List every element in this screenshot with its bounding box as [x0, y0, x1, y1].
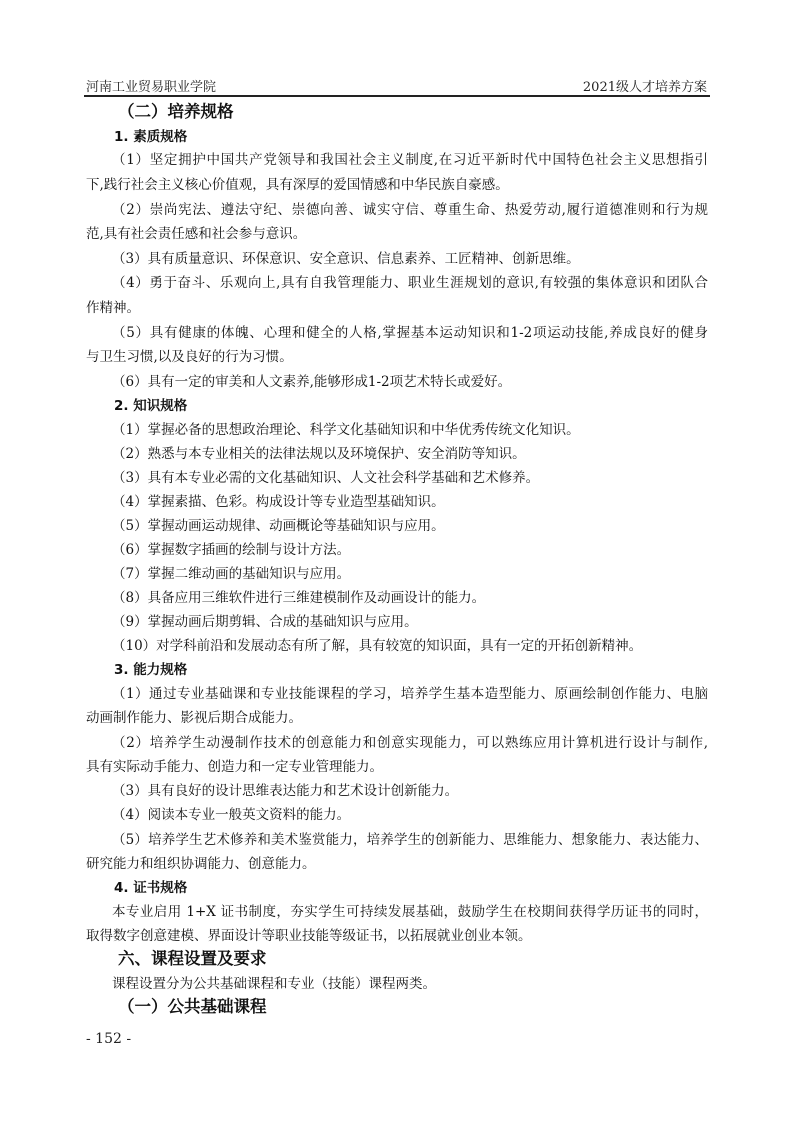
- subsection-title-quality: 1. 素质规格: [114, 128, 187, 146]
- ability-item-1-line-1: （1）通过专业基础课和专业技能课程的学习，培养学生基本造型能力、原画绘制创作能力…: [112, 685, 708, 703]
- quality-item-4-line-1: （4）勇于奋斗、乐观向上,具有自我管理能力、职业生涯规划的意识,有较强的集体意识…: [112, 274, 708, 292]
- subsection-title-knowledge: 2. 知识规格: [114, 397, 187, 415]
- ability-item-5-line-2: 研究能力和组织协调能力、创意能力。: [86, 855, 316, 873]
- ability-item-5-line-1: （5）培养学生艺术修养和美术鉴赏能力，培养学生的创新能力、思维能力、想象能力、表…: [112, 831, 708, 849]
- knowledge-item-7: （7）掌握二维动画的基础知识与应用。: [112, 565, 350, 583]
- ability-item-2-line-2: 具有实际动手能力、创造力和一定专业管理能力。: [86, 758, 383, 776]
- quality-item-5-line-2: 与卫生习惯,以及良好的行为习惯。: [86, 348, 293, 366]
- quality-item-2-line-2: 范,具有社会责任感和社会参与意识。: [86, 225, 306, 243]
- ability-item-1-line-2: 动画制作能力、影视后期合成能力。: [86, 709, 302, 727]
- subsection-title-certificate: 4. 证书规格: [114, 879, 187, 897]
- subsection-title-ability: 3. 能力规格: [114, 661, 187, 679]
- quality-item-2-line-1: （2）崇尚宪法、遵法守纪、崇德向善、诚实守信、尊重生命、热爱劳动,履行道德准则和…: [112, 201, 708, 219]
- header-institution: 河南工业贸易职业学院: [86, 76, 216, 95]
- knowledge-item-6: （6）掌握数字插画的绘制与设计方法。: [112, 541, 350, 559]
- header-rule: [84, 95, 710, 97]
- section-title: （二）培养规格: [118, 103, 234, 121]
- knowledge-item-3: （3）具有本专业必需的文化基础知识、人文社会科学基础和艺术修养。: [112, 469, 539, 487]
- quality-item-6: （6）具有一定的审美和人文素养,能够形成1-2项艺术特长或爱好。: [112, 373, 511, 391]
- quality-item-3: （3）具有质量意识、环保意识、安全意识、信息素养、工匠精神、创新思维。: [112, 250, 580, 268]
- ability-item-3: （3）具有良好的设计思维表达能力和艺术设计创新能力。: [112, 782, 458, 800]
- knowledge-item-5: （5）掌握动画运动规律、动画概论等基础知识与应用。: [112, 517, 445, 535]
- knowledge-item-2: （2）熟悉与本专业相关的法律法规以及环境保护、安全消防等知识。: [112, 445, 526, 463]
- page-number: - 152 -: [86, 1031, 131, 1047]
- certificate-line-1: 本专业启用 1+X 证书制度，夯实学生可持续发展基础，鼓励学生在校期间获得学历证…: [112, 903, 708, 921]
- knowledge-item-9: （9）掌握动画后期剪辑、合成的基础知识与应用。: [112, 613, 418, 631]
- quality-item-4-line-2: 作精神。: [86, 299, 140, 317]
- subsection-title-public-courses: （一）公共基础课程: [118, 998, 267, 1016]
- quality-item-5-line-1: （5）具有健康的体魄、心理和健全的人格,掌握基本运动知识和1-2项运动技能,养成…: [112, 324, 708, 342]
- ability-item-2-line-1: （2）培养学生动漫制作技术的创意能力和创意实现能力，可以熟练应用计算机进行设计与…: [112, 734, 708, 752]
- header-doc-title: 2021级人才培养方案: [583, 76, 707, 95]
- knowledge-item-4: （4）掌握素描、色彩。构成设计等专业造型基础知识。: [112, 493, 445, 511]
- chapter-title: 六、课程设置及要求: [118, 950, 267, 968]
- certificate-line-2: 取得数字创意建模、界面设计等职业技能等级证书，以拓展就业创业本领。: [86, 927, 532, 945]
- chapter-intro: 课程设置分为公共基础课程和专业（技能）课程两类。: [112, 975, 436, 993]
- knowledge-item-8: （8）具备应用三维软件进行三维建模制作及动画设计的能力。: [112, 589, 485, 607]
- quality-item-1-line-2: 下,践行社会主义核心价值观，具有深厚的爱国情感和中华民族自豪感。: [86, 176, 509, 194]
- knowledge-item-1: （1）掌握必备的思想政治理论、科学文化基础知识和中华优秀传统文化知识。: [112, 421, 580, 439]
- knowledge-item-10: （10）对学科前沿和发展动态有所了解，具有较宽的知识面，具有一定的开拓创新精神。: [112, 637, 642, 655]
- ability-item-4: （4）阅读本专业一般英文资料的能力。: [112, 806, 350, 824]
- quality-item-1-line-1: （1）坚定拥护中国共产党领导和我国社会主义制度,在习近平新时代中国特色社会主义思…: [112, 151, 708, 169]
